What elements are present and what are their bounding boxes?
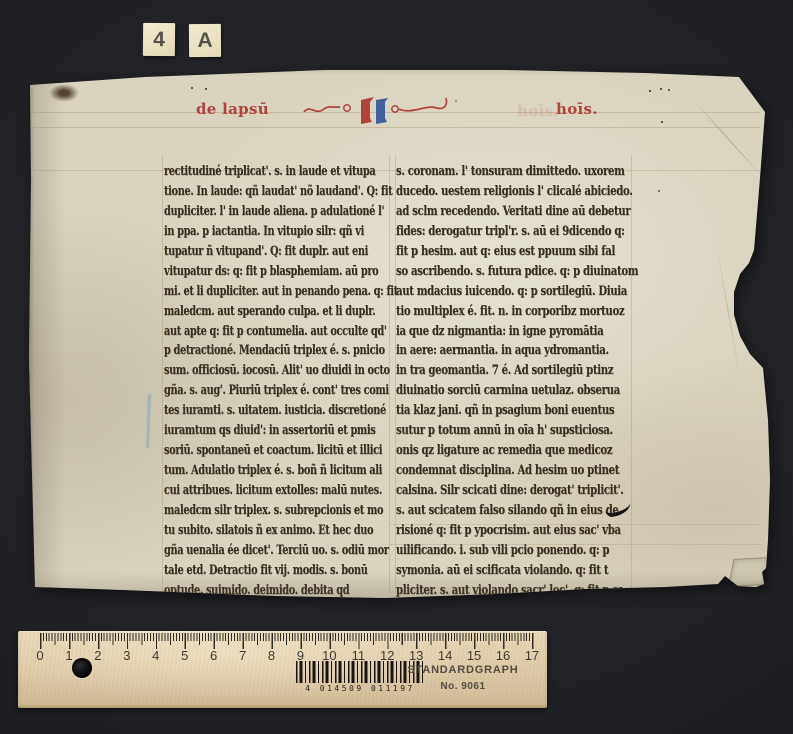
manuscript-text-line: tum. Adulatio triplex é. s. boñ ñ licitu…: [164, 461, 398, 481]
manuscript-text-line: tio multiplex é. fit. n. in corporibz mo…: [396, 302, 638, 322]
ruler-number: 2: [90, 648, 106, 663]
manuscript-text-line: iuramtum qs diuid': in assertoriū et pmi…: [164, 421, 398, 441]
crease-line: [691, 97, 765, 179]
manuscript-text-line: gña uenalia ée dicet'. Terciū uo. s. odi…: [164, 541, 398, 561]
manuscript-text-line: rectitudiné triplicat'. s. in laude et v…: [164, 162, 398, 182]
manuscript-text-line: tia klaz jani. qñ in psagium boni euentu…: [396, 401, 638, 421]
running-header-left: de lapsū: [196, 100, 269, 118]
manuscript-text-line: optude. suimido. deimido. debita qd: [164, 581, 398, 601]
manuscript-text-line: s. coronam. l' tonsuram dimittedo. uxore…: [396, 162, 638, 182]
specimen-tile-number: 4: [143, 23, 175, 56]
text-column-right: s. coronam. l' tonsuram dimittedo. uxore…: [396, 162, 638, 601]
ruler-brand-label: STANDARDGRAPH: [403, 664, 523, 676]
ruler-number: 14: [437, 648, 453, 663]
ruler-number: 3: [119, 648, 135, 663]
ruler-number: 4: [148, 648, 164, 663]
manuscript-text-line: in aere: aermantia. in aqua ydromantia.: [396, 341, 638, 361]
ruler-hanging-hole: [72, 658, 92, 678]
ruler-number: 15: [466, 648, 482, 663]
manuscript-text-line: aut mdacius iuicendo. q: p sortilegiū. D…: [396, 282, 638, 302]
numeral-stroke-red: [361, 97, 374, 124]
tile-number-label: 4: [153, 27, 165, 51]
manuscript-text-line: ad sclm recedendo. Veritati dine aū debe…: [396, 202, 638, 222]
ruler-number: 8: [264, 648, 280, 663]
manuscript-text-line: s. aut scicatem falso silando qñ in eius…: [396, 501, 638, 521]
ruler-tick-marks: [40, 633, 534, 641]
manuscript-text-line: dupliciter. l' in laude aliena. p adulat…: [164, 202, 398, 222]
running-header-right-ghost: hoīs.: [517, 102, 559, 120]
ruler-number: 17: [524, 648, 540, 663]
wooden-ruler: 01234567891011121314151617 4 014509 0111…: [18, 631, 547, 708]
manuscript-text-line: condemnat disciplina. Ad hesim uo ptinet: [396, 461, 638, 481]
manuscript-text-line: tale etd. Detractio fit vij. modis. s. b…: [164, 561, 398, 581]
manuscript-text-line: risioné q: fit p ypocrisim. aut eius sac…: [396, 521, 638, 541]
manuscript-text-line: uilificando. i. sub vili pcio ponendo. q…: [396, 541, 638, 561]
tile-letter-label: A: [197, 28, 212, 52]
manuscript-text-line: pliciter. s. aut violando sacr' loc'. q:…: [396, 581, 638, 601]
manuscript-text-line: sum. officiosū. iocosū. Alit' uo diuidi …: [164, 361, 398, 381]
margin-blue-streak: [146, 394, 151, 448]
manuscript-text-line: fit p hesim. aut q: eius est ppuum sibi …: [396, 242, 638, 262]
ruler-scale-numbers: 01234567891011121314151617: [32, 648, 540, 663]
roman-numeral-II-ornament: [300, 92, 450, 128]
manuscript-text-line: cui attribues. licitum extolles: malū nu…: [164, 481, 398, 501]
ruler-number: 0: [32, 648, 48, 663]
manuscript-text-line: mi. et li dupliciter. aut in penando pen…: [164, 282, 398, 302]
ruler-number: 6: [206, 648, 222, 663]
ruler-number: 16: [495, 648, 511, 663]
ruler-model-label: No. 9061: [403, 681, 523, 692]
centimeter-ticks: [40, 633, 534, 649]
text-column-left: rectitudiné triplicat'. s. in laude et v…: [164, 162, 398, 601]
manuscript-text-line: in ppa. p iactantia. In vitupio silr: qñ…: [164, 222, 398, 242]
manuscript-text-line: ia que dz nigmantia: in igne pyromātia: [396, 322, 638, 342]
manuscript-text-line: tu subito. silatois ñ ex animo. Et hec d…: [164, 521, 398, 541]
manuscript-text-line: onis qz ligature ac remedia que medicoz: [396, 441, 638, 461]
manuscript-text-line: symonia. aū ei scificata violando. q: fi…: [396, 561, 638, 581]
manuscript-text-line: maledcm. aut sperando culpa. et li duplr…: [164, 302, 398, 322]
manuscript-text-line: sutur p totum annū in oīa h' supsticiosa…: [396, 421, 638, 441]
manuscript-text-line: tupatur ñ vitupand'. Q: fit duplr. aut e…: [164, 242, 398, 262]
manuscript-text-line: so ascribendo. s. futura pdice. q: p diu…: [396, 262, 638, 282]
manuscript-text-line: gña. s. aug'. Piuriū triplex é. cont' tr…: [164, 381, 398, 401]
manuscript-text-line: diuinatio sorciū carmina uetulaz. obseru…: [396, 381, 638, 401]
manuscript-text-line: vitupatur ds: q: fit p blasphemiam. aū p…: [164, 262, 398, 282]
manuscript-text-line: tes iuramti. s. uitatem. iusticia. discr…: [164, 401, 398, 421]
dirt-specks: [25, 60, 27, 62]
manuscript-text-line: calsina. Silr scicati dine: derogat' tri…: [396, 481, 638, 501]
manuscript-text-line: in tra geomantia. 7 é. Ad sortilegiū pti…: [396, 361, 638, 381]
manuscript-leaf: de lapsū hoīs. hoīs. rectitudiné triplic…: [25, 60, 773, 606]
manuscript-text-line: fides: derogatur tripl'r. s. aū ei 9dice…: [396, 222, 638, 242]
manuscript-text-line: p detractioné. Mendaciū triplex é. s. pn…: [164, 341, 398, 361]
crease-line: [714, 237, 741, 385]
manuscript-text-line: maledcm silr triplex. s. subrepcionis et…: [164, 501, 398, 521]
ruling-line-vertical: [162, 155, 163, 593]
edge-stain: [49, 84, 79, 102]
manuscript-text-line: ducedo. uestem religionis l' clicalé abi…: [396, 182, 638, 202]
manuscript-text-line: tione. In laude: qñ laudat' nõ laudand'.…: [164, 182, 398, 202]
specimen-tile-letter: A: [189, 24, 221, 57]
running-header-right: hoīs.: [556, 100, 598, 118]
manuscript-text-line: soriū. spontaneū et coactum. licitū et i…: [164, 441, 398, 461]
numeral-stroke-blue: [376, 98, 388, 124]
manuscript-text-line: aut apte q: fit p contumelia. aut occult…: [164, 322, 398, 342]
photo-scene: 4 A de lapsū: [0, 0, 793, 734]
ruler-number: 5: [177, 648, 193, 663]
ruler-number: 7: [235, 648, 251, 663]
bottom-right-fold-tab: [728, 557, 770, 587]
